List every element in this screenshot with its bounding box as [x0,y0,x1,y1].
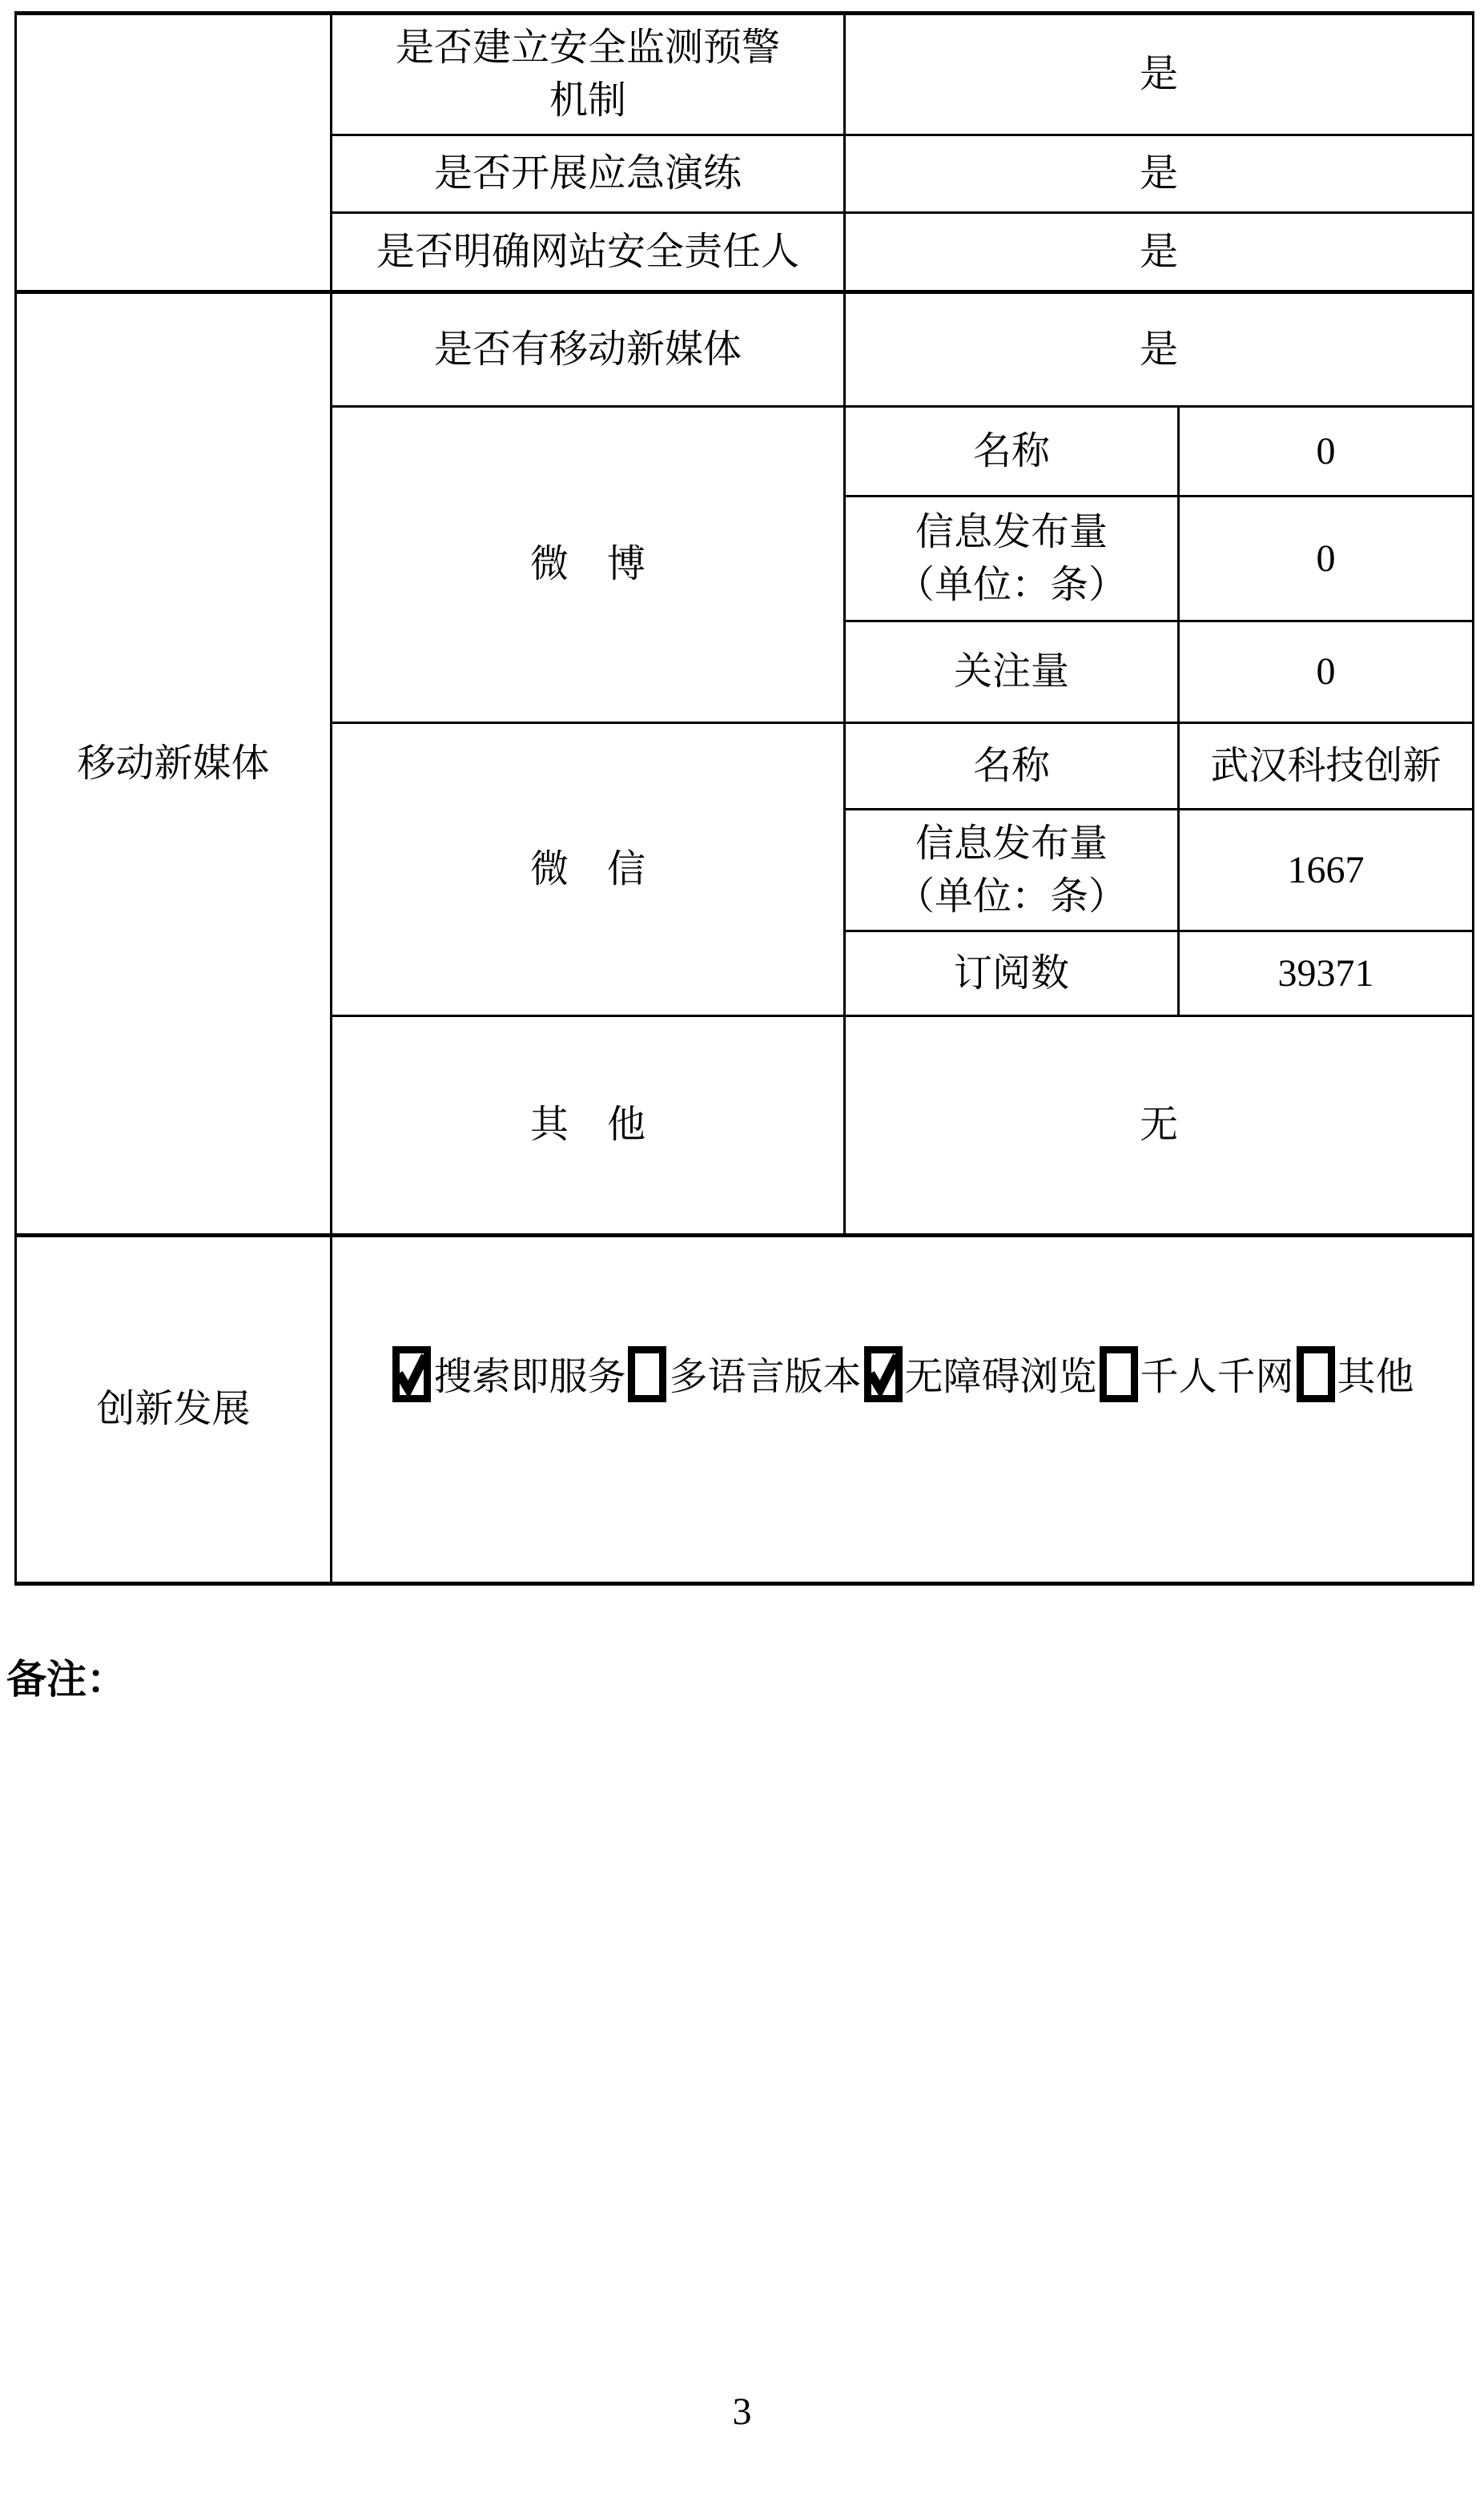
section-label-mobile-media: 移动新媒体 [16,292,332,1236]
innovation-option-label: 无障碍浏览 [905,1345,1097,1409]
table-row: 创新发展 搜索即服务多语言版本无障碍浏览千人千网其他 [16,1236,1474,1584]
section-label-innovation: 创新发展 [16,1236,332,1584]
page-number: 3 [0,2393,1484,2431]
section-cell-empty [16,14,332,292]
other-media-label: 其 他 [332,1016,845,1236]
table-row: 移动新媒体 是否有移动新媒体 是 [16,292,1474,407]
weibo-followers-value: 0 [1179,621,1474,723]
answer-security-monitoring: 是 [845,14,1474,135]
weibo-followers-key: 关注量 [845,621,1179,723]
innovation-option-label: 千人千网 [1140,1345,1294,1409]
wechat-name-value: 武汉科技创新 [1179,723,1474,810]
notes-label: 备注： [6,1659,127,1699]
checkbox-unchecked-icon [1100,1346,1138,1402]
innovation-option-label: 多语言版本 [669,1345,861,1409]
wechat-posts-key: 信息发布量 （单位：条） [845,810,1179,931]
table-row: 是否建立安全监测预警 机制 是 [16,14,1474,135]
other-media-value: 无 [845,1016,1474,1236]
weibo-name-key: 名称 [845,407,1179,497]
checkbox-checked-icon [864,1346,903,1402]
weibo-name-value: 0 [1179,407,1474,497]
innovation-options-cell: 搜索即服务多语言版本无障碍浏览千人千网其他 [332,1236,1474,1584]
checkbox-unchecked-icon [628,1346,666,1402]
innovation-option-label: 搜索即服务 [433,1345,625,1409]
question-security-monitoring: 是否建立安全监测预警 机制 [332,14,845,135]
checkbox-unchecked-icon [1297,1346,1335,1402]
question-security-officer: 是否明确网站安全责任人 [332,213,845,292]
answer-security-officer: 是 [845,213,1474,292]
annual-report-table: 是否建立安全监测预警 机制 是 是否开展应急演练 是 是否明确网站安全责任人 是… [14,11,1474,1586]
innovation-options: 搜索即服务多语言版本无障碍浏览千人千网其他 [332,1342,1472,1409]
answer-emergency-drill: 是 [845,135,1474,213]
wechat-name-key: 名称 [845,723,1179,810]
wechat-posts-value: 1667 [1179,810,1474,931]
answer-has-mobile-media: 是 [845,292,1474,407]
innovation-option-label: 其他 [1337,1345,1414,1409]
wechat-subscribers-key: 订阅数 [845,931,1179,1016]
question-emergency-drill: 是否开展应急演练 [332,135,845,213]
question-has-mobile-media: 是否有移动新媒体 [332,292,845,407]
wechat-subscribers-value: 39371 [1179,931,1474,1016]
report-page: { "page": { "notes_label": "备注：", "page_… [0,0,1484,2501]
wechat-label: 微 信 [332,723,845,1016]
weibo-label: 微 博 [332,407,845,723]
weibo-posts-key: 信息发布量 （单位：条） [845,497,1179,621]
weibo-posts-value: 0 [1179,497,1474,621]
checkbox-checked-icon [392,1346,431,1402]
